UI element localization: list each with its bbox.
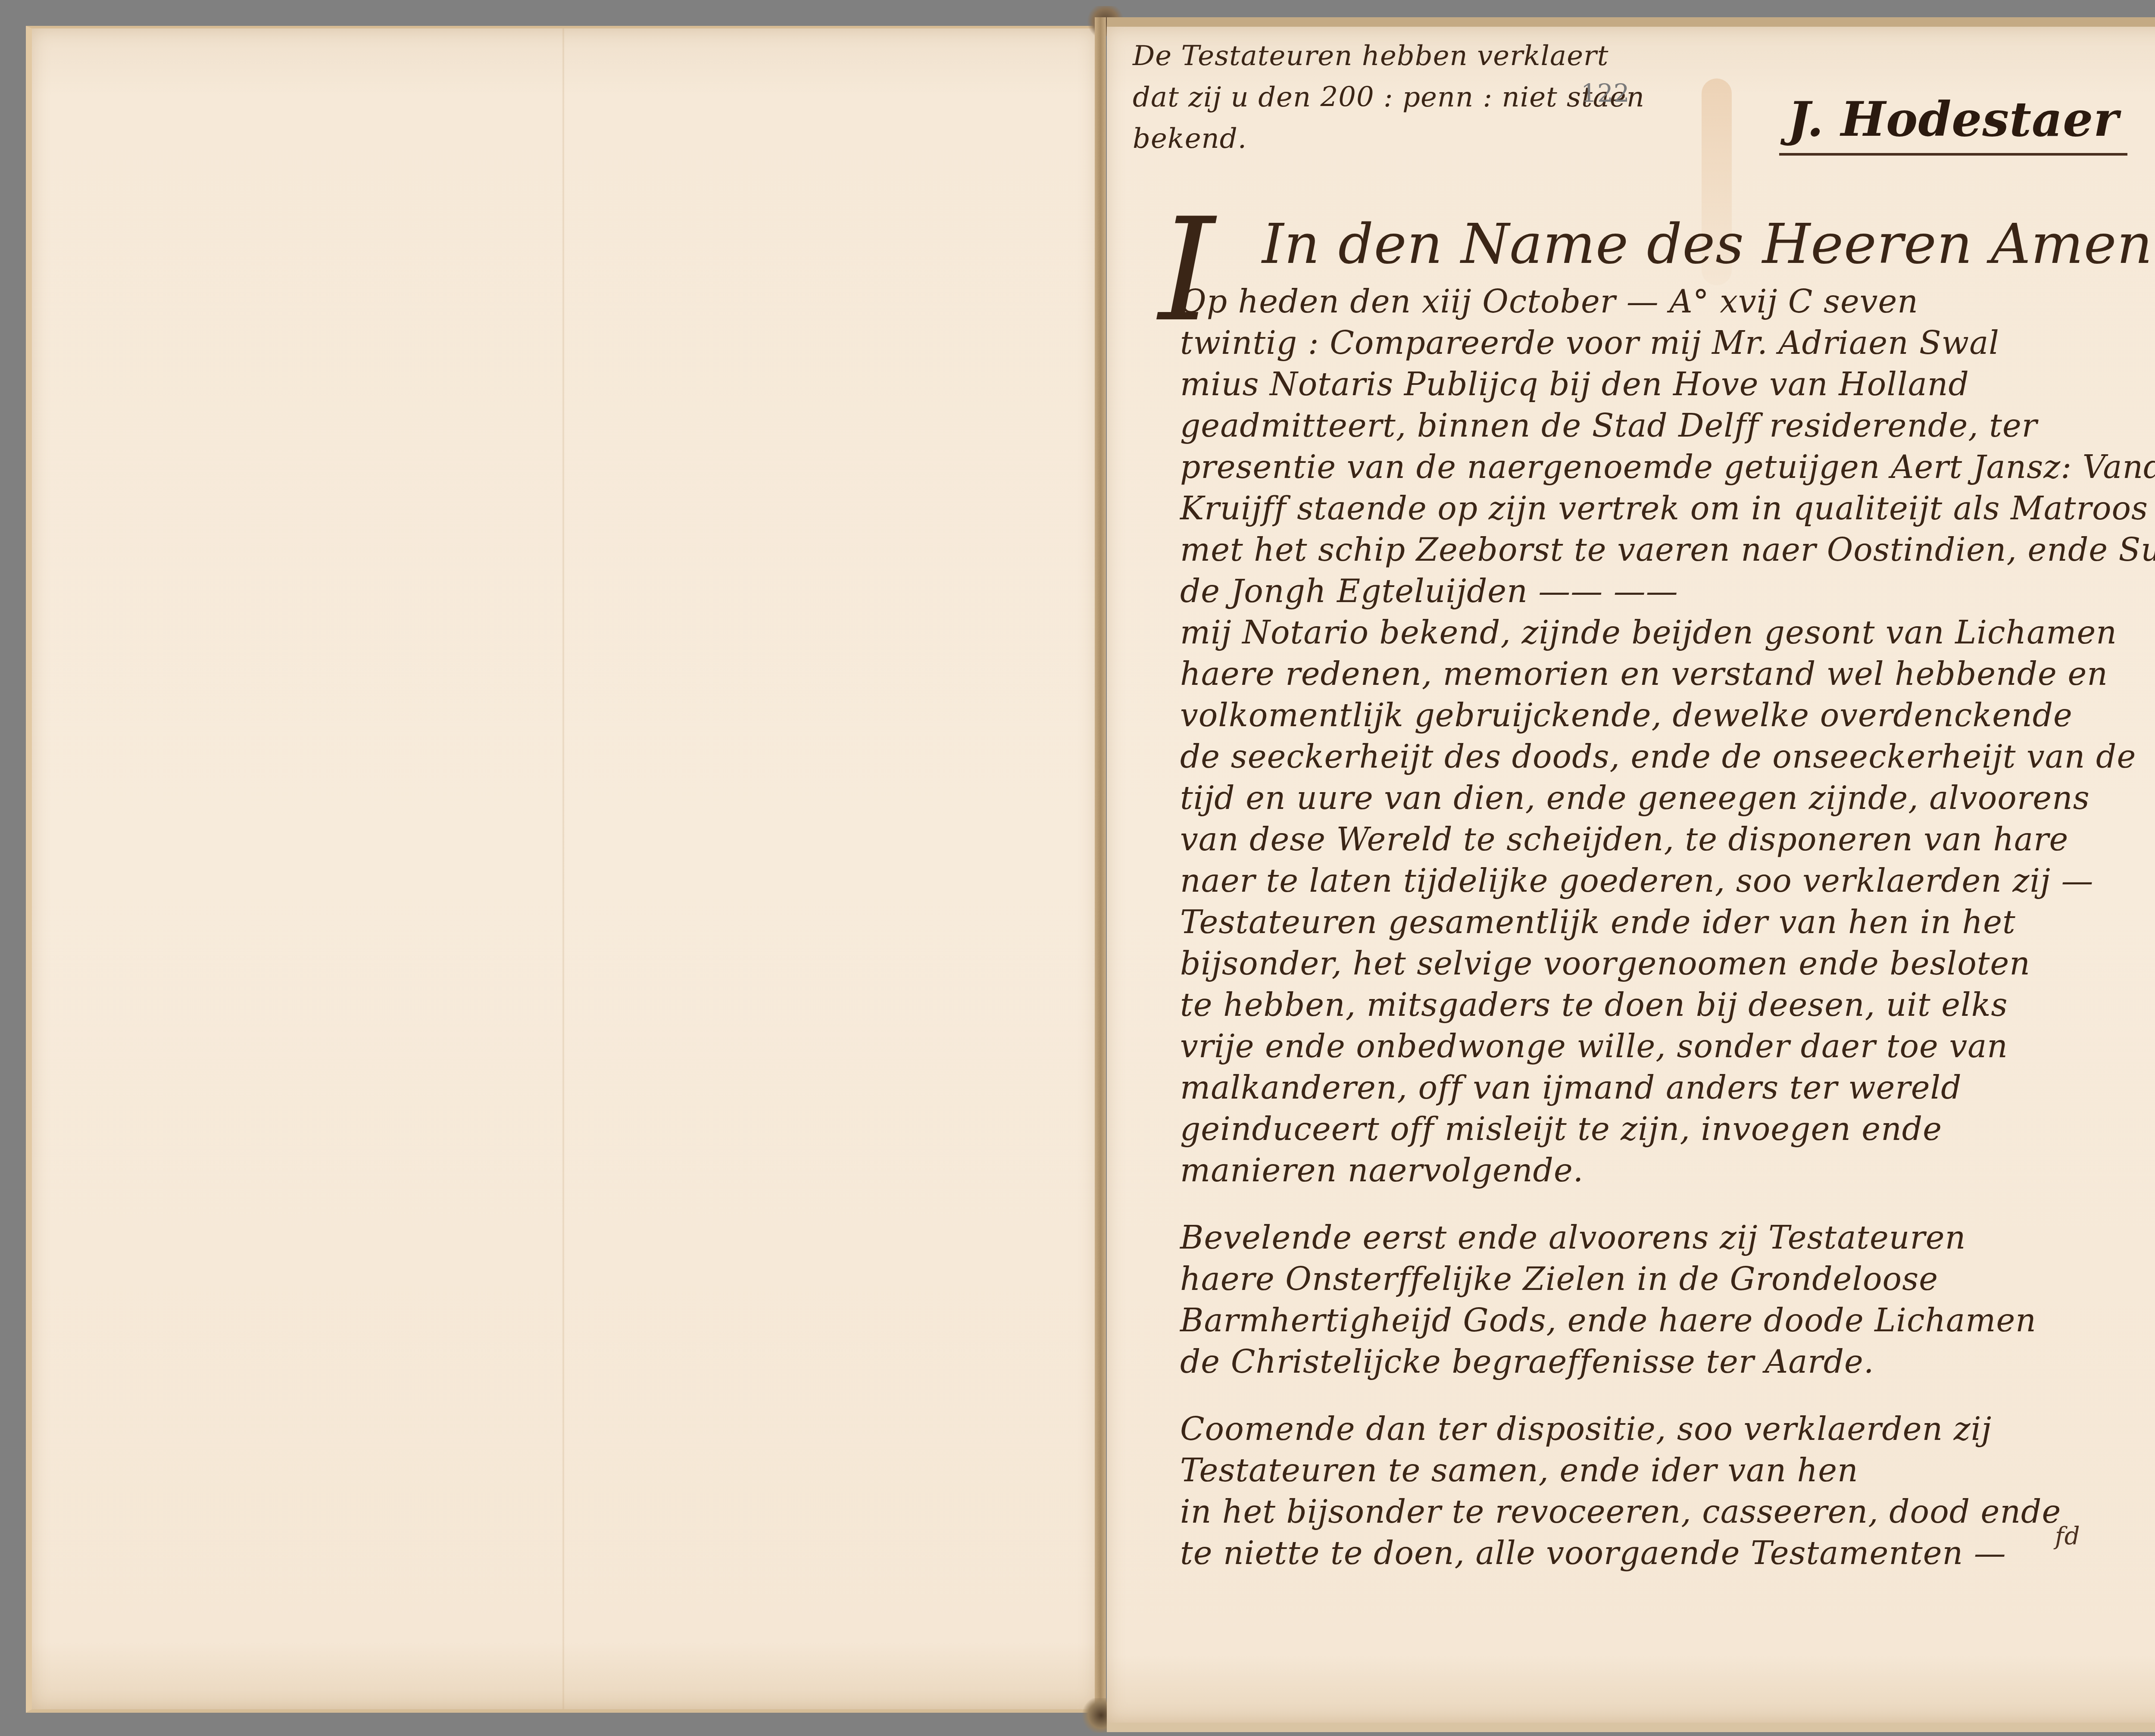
text-line: de seeckerheijt des doods, ende de onsee… bbox=[1180, 736, 2155, 777]
text-line: mij Notario bekend, zijnde beijden geson… bbox=[1180, 612, 2155, 653]
text-line: te hebben, mitsgaders te doen bij deesen… bbox=[1180, 984, 2155, 1026]
text-line: Op heden den xiij October — A° xvij C se… bbox=[1180, 281, 2155, 322]
book-gutter bbox=[1095, 17, 1106, 1724]
text-line: vrije ende onbedwonge wille, sonder daer… bbox=[1180, 1026, 2155, 1067]
paragraph-1: Op heden den xiij October — A° xvij C se… bbox=[1180, 281, 2155, 1191]
margin-note-line: bekend. bbox=[1133, 118, 1645, 159]
margin-note: De Testateuren hebben verklaert dat zij … bbox=[1133, 35, 1645, 159]
text-line: in het bijsonder te revoceeren, casseere… bbox=[1180, 1491, 2155, 1533]
text-line: naer te laten tijdelijke goederen, soo v… bbox=[1180, 860, 2155, 902]
left-page-blank bbox=[26, 26, 1096, 1713]
text-line: geadmitteert, binnen de Stad Delff resid… bbox=[1180, 405, 2155, 446]
manuscript-spread: De Testateuren hebben verklaert dat zij … bbox=[0, 0, 2155, 1736]
text-line: volkomentlijk gebruijckende, dewelke ove… bbox=[1180, 695, 2155, 736]
paper-fold-line bbox=[562, 28, 565, 1709]
text-line: manieren naervolgende. bbox=[1180, 1150, 2155, 1191]
text-line: haere Onsterffelijke Zielen in de Gronde… bbox=[1180, 1258, 2155, 1300]
text-line: Testateuren te samen, ende ider van hen bbox=[1180, 1450, 2155, 1491]
right-page: De Testateuren hebben verklaert dat zij … bbox=[1107, 17, 2155, 1732]
notary-signature: J. Hodestaer bbox=[1779, 91, 2127, 156]
text-line: geinduceert off misleijt te zijn, invoeg… bbox=[1180, 1108, 2155, 1150]
text-line: van dese Wereld te scheijden, te dispone… bbox=[1180, 819, 2155, 860]
paragraph-3: Coomende dan ter dispositie, soo verklae… bbox=[1180, 1408, 2155, 1574]
text-line: bijsonder, het selvige voorgenoomen ende… bbox=[1180, 943, 2155, 984]
margin-note-line: De Testateuren hebben verklaert bbox=[1133, 35, 1645, 77]
text-line: Testateuren gesamentlijk ende ider van h… bbox=[1180, 902, 2155, 943]
text-line: de Christelijcke begraeffenisse ter Aard… bbox=[1180, 1341, 2155, 1383]
text-line: Coomende dan ter dispositie, soo verklae… bbox=[1180, 1408, 2155, 1450]
text-line: presentie van de naergenoemde getuijgen … bbox=[1180, 446, 2155, 488]
text-line: de Jongh Egteluijden —— —— bbox=[1180, 571, 2155, 612]
folio-number: 122 bbox=[1581, 78, 1630, 108]
page-initials-mark: fd bbox=[2055, 1522, 2080, 1550]
text-line: twintig : Compareerde voor mij Mr. Adria… bbox=[1180, 322, 2155, 364]
text-line: Kruijff staende op zijn vertrek om in qu… bbox=[1180, 488, 2155, 529]
text-line: te niette te doen, alle voorgaende Testa… bbox=[1180, 1533, 2155, 1574]
text-line: Barmhertigheijd Gods, ende haere doode L… bbox=[1180, 1300, 2155, 1341]
text-line: tijd en uure van dien, ende geneegen zij… bbox=[1180, 777, 2155, 819]
paragraph-2: Bevelende eerst ende alvoorens zij Testa… bbox=[1180, 1217, 2155, 1383]
text-line: met het schip Zeeborst te vaeren naer Oo… bbox=[1180, 529, 2155, 571]
text-line: malkanderen, off van ijmand anders ter w… bbox=[1180, 1067, 2155, 1108]
invocation-heading: In den Name des Heeren Amen. bbox=[1262, 212, 2155, 276]
text-line: Bevelende eerst ende alvoorens zij Testa… bbox=[1180, 1217, 2155, 1258]
margin-note-line: dat zij u den 200 : penn : niet staen bbox=[1133, 77, 1645, 118]
testament-body: Op heden den xiij October — A° xvij C se… bbox=[1180, 281, 2155, 1574]
text-line: mius Notaris Publijcq bij den Hove van H… bbox=[1180, 364, 2155, 405]
text-line: haere redenen, memorien en verstand wel … bbox=[1180, 653, 2155, 695]
